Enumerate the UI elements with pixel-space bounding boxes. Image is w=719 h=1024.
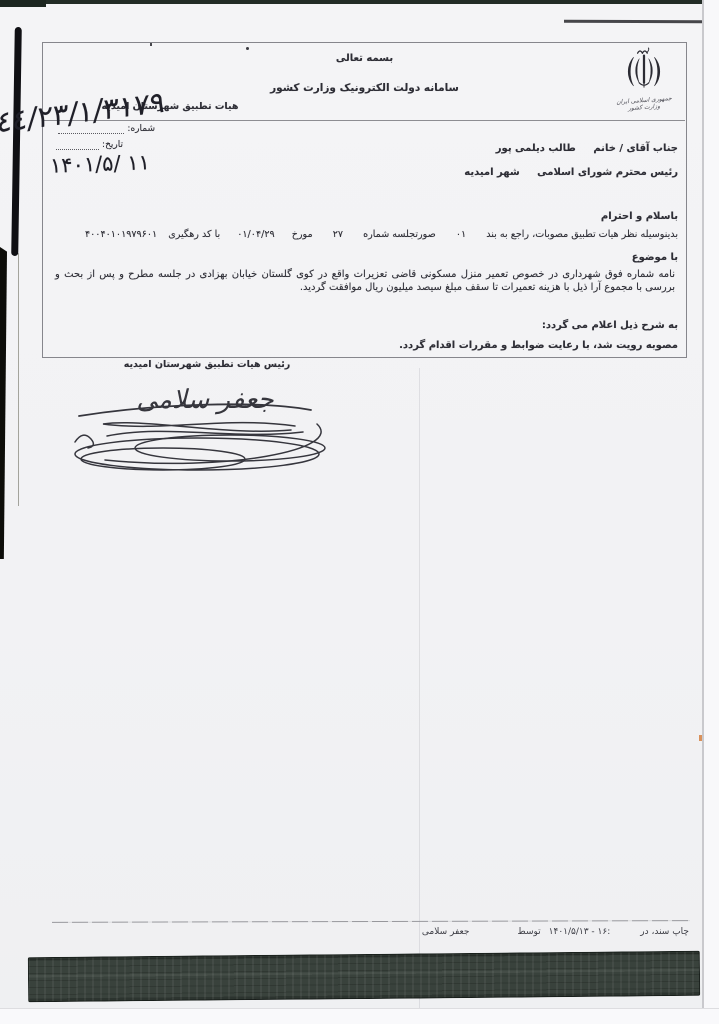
scan-top-edge-strip	[0, 0, 719, 4]
print-datetime: ۱۴۰۱/۵/۱۳ - ۱۶:	[549, 927, 611, 937]
session-date: ۰۱/۰۴/۲۹	[237, 229, 274, 240]
date-label: تاریخ:	[102, 140, 123, 150]
signatory-title: رئیس هیات تطبیق شهرستان امیدیه	[112, 359, 302, 370]
signature-name-text: جعفر سلامی	[136, 385, 274, 415]
reference-line: بدینوسیله نظر هیات تطبیق مصوبات، راجع به…	[85, 229, 678, 240]
tracking-code: ۴۰۰۴۰۱۰۱۹۷۹۶۰۱	[85, 229, 157, 240]
redaction-bar	[28, 951, 700, 1002]
bismillah-text: بسمه تعالی	[43, 53, 686, 64]
body-paragraph: نامه شماره فوق شهرداری در خصوص تعمیر منز…	[55, 269, 675, 294]
print-label: چاپ سند، در	[640, 927, 689, 937]
reference-intro: بدینوسیله نظر هیات تطبیق مصوبات، راجع به…	[486, 229, 678, 240]
recipient-title: رئیس محترم شورای اسلامی	[537, 167, 678, 178]
session-number: ۲۷	[333, 229, 343, 240]
emblem-block: جمهوری اسلامی ایران وزارت کشور	[616, 47, 672, 111]
print-footer: چاپ سند، در ۱۴۰۱/۵/۱۳ - ۱۶: توسط جعفر سل…	[422, 927, 689, 937]
recipient-name: طالب دیلمی پور	[496, 143, 576, 154]
handwritten-date: ۱۴۰۱/۵/ ۱۱	[50, 150, 151, 177]
subject-lead: با موضوع	[632, 252, 678, 263]
recipient-line: جناب آقای / خانم طالب دیلمی پور	[496, 143, 678, 154]
number-label: شماره:	[127, 124, 155, 134]
dated-label: مورخ	[292, 229, 313, 240]
scan-top-corner-mark	[0, 0, 46, 7]
page-right-edge-line	[702, 0, 704, 1013]
footer-divider-line	[52, 920, 690, 923]
date-dotted-line	[56, 141, 99, 150]
session-label: صورتجلسه شماره	[363, 229, 436, 240]
tracking-label: با کد رهگیری	[168, 229, 220, 240]
print-by-name: جعفر سلامی	[422, 927, 470, 937]
print-by-label: توسط	[517, 927, 540, 937]
scanned-letter-page: بسمه تعالی سامانه دولت الکترونیک وزارت ک…	[0, 0, 719, 1024]
clause-number: ۰۱	[456, 229, 466, 240]
page-bottom-edge	[0, 1008, 719, 1024]
iran-emblem-icon	[620, 47, 668, 93]
recipient-prefix: جناب آقای / خانم	[593, 143, 678, 154]
scan-left-pen-stroke	[11, 27, 22, 256]
date-field-row: تاریخ:	[53, 140, 123, 150]
signature-scribble: جعفر سلامی	[45, 380, 343, 480]
scan-left-thin-line	[18, 253, 19, 506]
recipient-title-line: رئیس محترم شورای اسلامی شهر امیدیه	[464, 167, 678, 178]
page-right-margin	[704, 0, 719, 1024]
scan-left-edge-strip	[0, 247, 7, 559]
scan-top-right-line	[564, 20, 703, 23]
recipient-org: شهر امیدیه	[464, 167, 519, 178]
ink-speck	[699, 735, 702, 741]
announcement-line: به شرح ذیل اعلام می گردد:	[542, 320, 678, 331]
decision-line: مصوبه رویت شد، با رعایت ضوابط و مقررات ا…	[399, 340, 678, 351]
salutation: باسلام و احترام	[601, 211, 678, 222]
paper-fold-line	[419, 368, 420, 1014]
